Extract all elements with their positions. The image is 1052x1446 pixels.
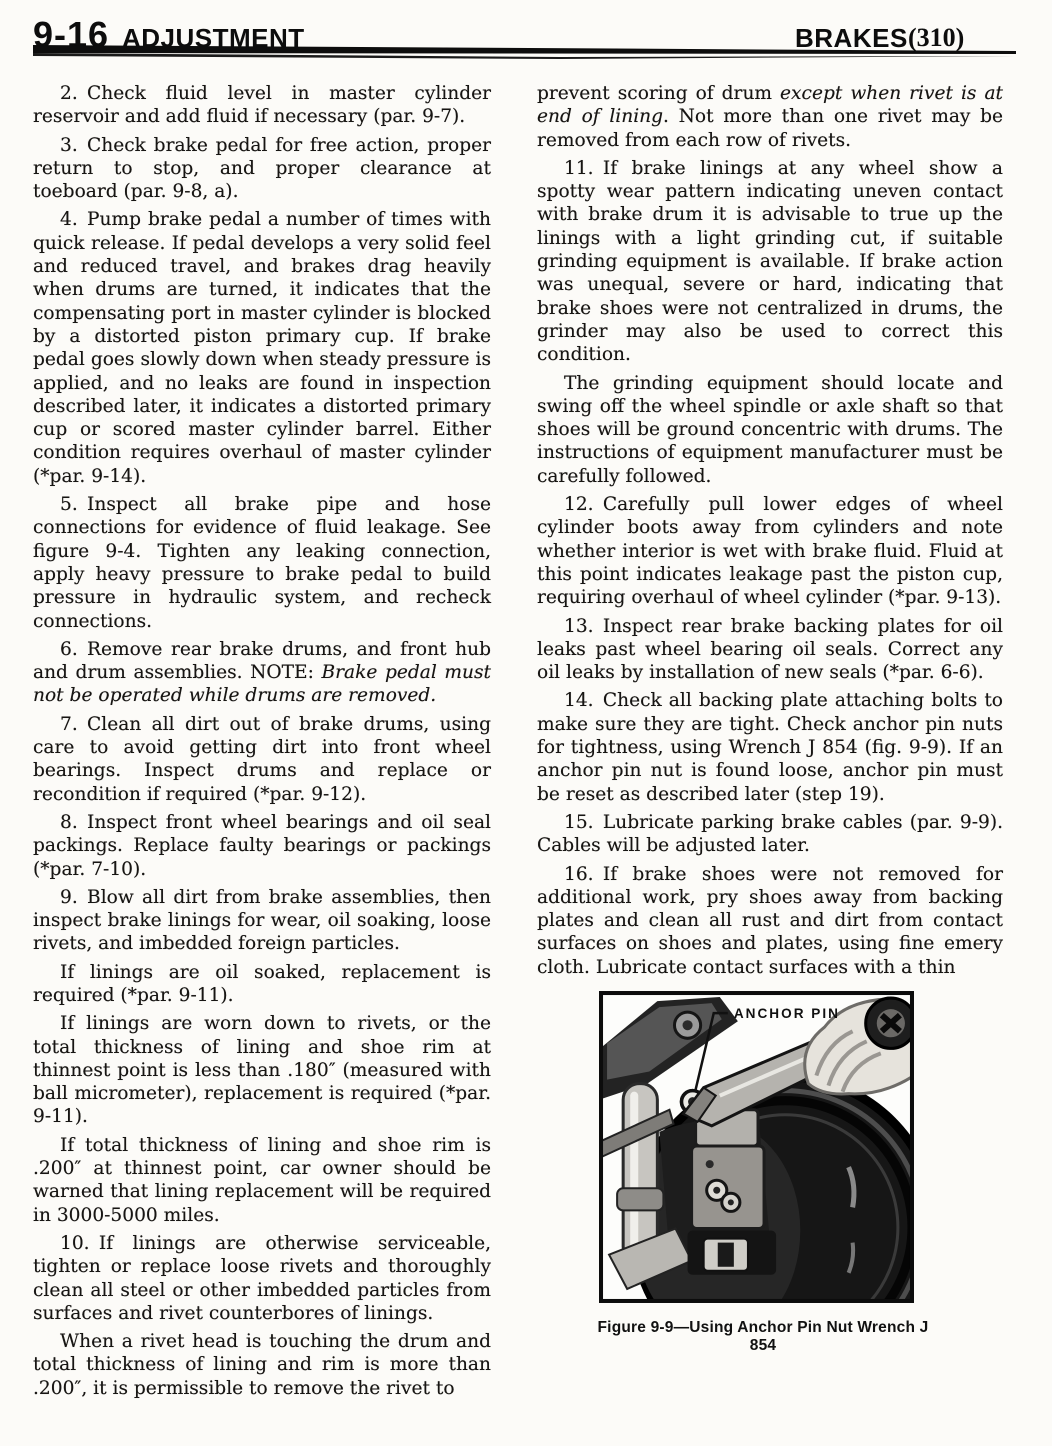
paragraph: The grinding equipment should locate and…: [537, 372, 1003, 488]
body-text: The grinding equipment should locate and…: [537, 373, 1003, 487]
paragraph: 7. Clean all dirt out of brake drums, us…: [33, 713, 491, 806]
paragraph: 10. If linings are otherwise serviceable…: [33, 1232, 491, 1325]
left-column: 2. Check fluid level in master cylinder …: [33, 82, 491, 1405]
body-text: If linings are worn down to rivets, or t…: [33, 1013, 491, 1127]
paragraph: prevent scoring of drum except when rive…: [537, 82, 1003, 152]
header-rule: [0, 0, 1052, 70]
body-text: 13. Inspect rear brake backing plates fo…: [537, 616, 1003, 684]
body-text: 9. Blow all dirt from brake assemblies, …: [33, 887, 491, 955]
anchor-pin-label: ANCHOR PIN: [734, 1006, 840, 1021]
paragraph: 8. Inspect front wheel bearings and oil …: [33, 811, 491, 881]
body-text: 12. Carefully pull lower edges of wheel …: [537, 494, 1003, 608]
right-column: prevent scoring of drum except when rive…: [537, 82, 1003, 1355]
paragraph: 2. Check fluid level in master cylinder …: [33, 82, 491, 129]
paragraph: If linings are worn down to rivets, or t…: [33, 1012, 491, 1128]
body-text: 10. If linings are otherwise serviceable…: [33, 1233, 491, 1324]
paragraph: 5. Inspect all brake pipe and hose conne…: [33, 493, 491, 633]
figure-9-9-photo: ANCHOR PIN: [599, 991, 914, 1303]
manual-page: 9-16 ADJUSTMENT BRAKES (310) 2. Check fl…: [0, 0, 1052, 1446]
body-text: If total thickness of lining and shoe ri…: [33, 1135, 491, 1226]
body-text: 4. Pump brake pedal a number of times wi…: [33, 209, 491, 486]
figure-9-9: ANCHOR PIN Figure 9-9—Using Anchor Pin N…: [599, 991, 914, 1355]
paragraph: If linings are oil soaked, replacement i…: [33, 961, 491, 1008]
body-text: 2. Check fluid level in master cylinder …: [33, 83, 491, 127]
paragraph: 4. Pump brake pedal a number of times wi…: [33, 208, 491, 488]
paragraph: 12. Carefully pull lower edges of wheel …: [537, 493, 1003, 609]
paragraph: 13. Inspect rear brake backing plates fo…: [537, 615, 1003, 685]
body-text: 15. Lubricate parking brake cables (par.…: [537, 812, 1003, 856]
figure-caption: Figure 9-9—Using Anchor Pin Nut Wrench J…: [583, 1319, 943, 1355]
body-text: 16. If brake shoes were not removed for …: [537, 864, 1003, 978]
body-text: 7. Clean all dirt out of brake drums, us…: [33, 714, 491, 805]
paragraph: 11. If brake linings at any wheel show a…: [537, 157, 1003, 367]
paragraph: If total thickness of lining and shoe ri…: [33, 1134, 491, 1227]
body-text: 8. Inspect front wheel bearings and oil …: [33, 812, 491, 880]
body-text: prevent scoring of drum: [537, 83, 780, 104]
body-text: If linings are oil soaked, replacement i…: [33, 962, 491, 1006]
body-text: When a rivet head is touching the drum a…: [33, 1331, 491, 1399]
paragraph: 15. Lubricate parking brake cables (par.…: [537, 811, 1003, 858]
paragraph: 6. Remove rear brake drums, and front hu…: [33, 638, 491, 708]
paragraph: 16. If brake shoes were not removed for …: [537, 863, 1003, 979]
paragraph: 3. Check brake pedal for free action, pr…: [33, 134, 491, 204]
body-text: 3. Check brake pedal for free action, pr…: [33, 135, 491, 203]
paragraph: 9. Blow all dirt from brake assemblies, …: [33, 886, 491, 956]
paragraph: 14. Check all backing plate attaching bo…: [537, 689, 1003, 805]
body-text: 14. Check all backing plate attaching bo…: [537, 690, 1003, 804]
body-text: 5. Inspect all brake pipe and hose conne…: [33, 494, 491, 631]
body-text: 11. If brake linings at any wheel show a…: [537, 158, 1003, 365]
paragraph: When a rivet head is touching the drum a…: [33, 1330, 491, 1400]
